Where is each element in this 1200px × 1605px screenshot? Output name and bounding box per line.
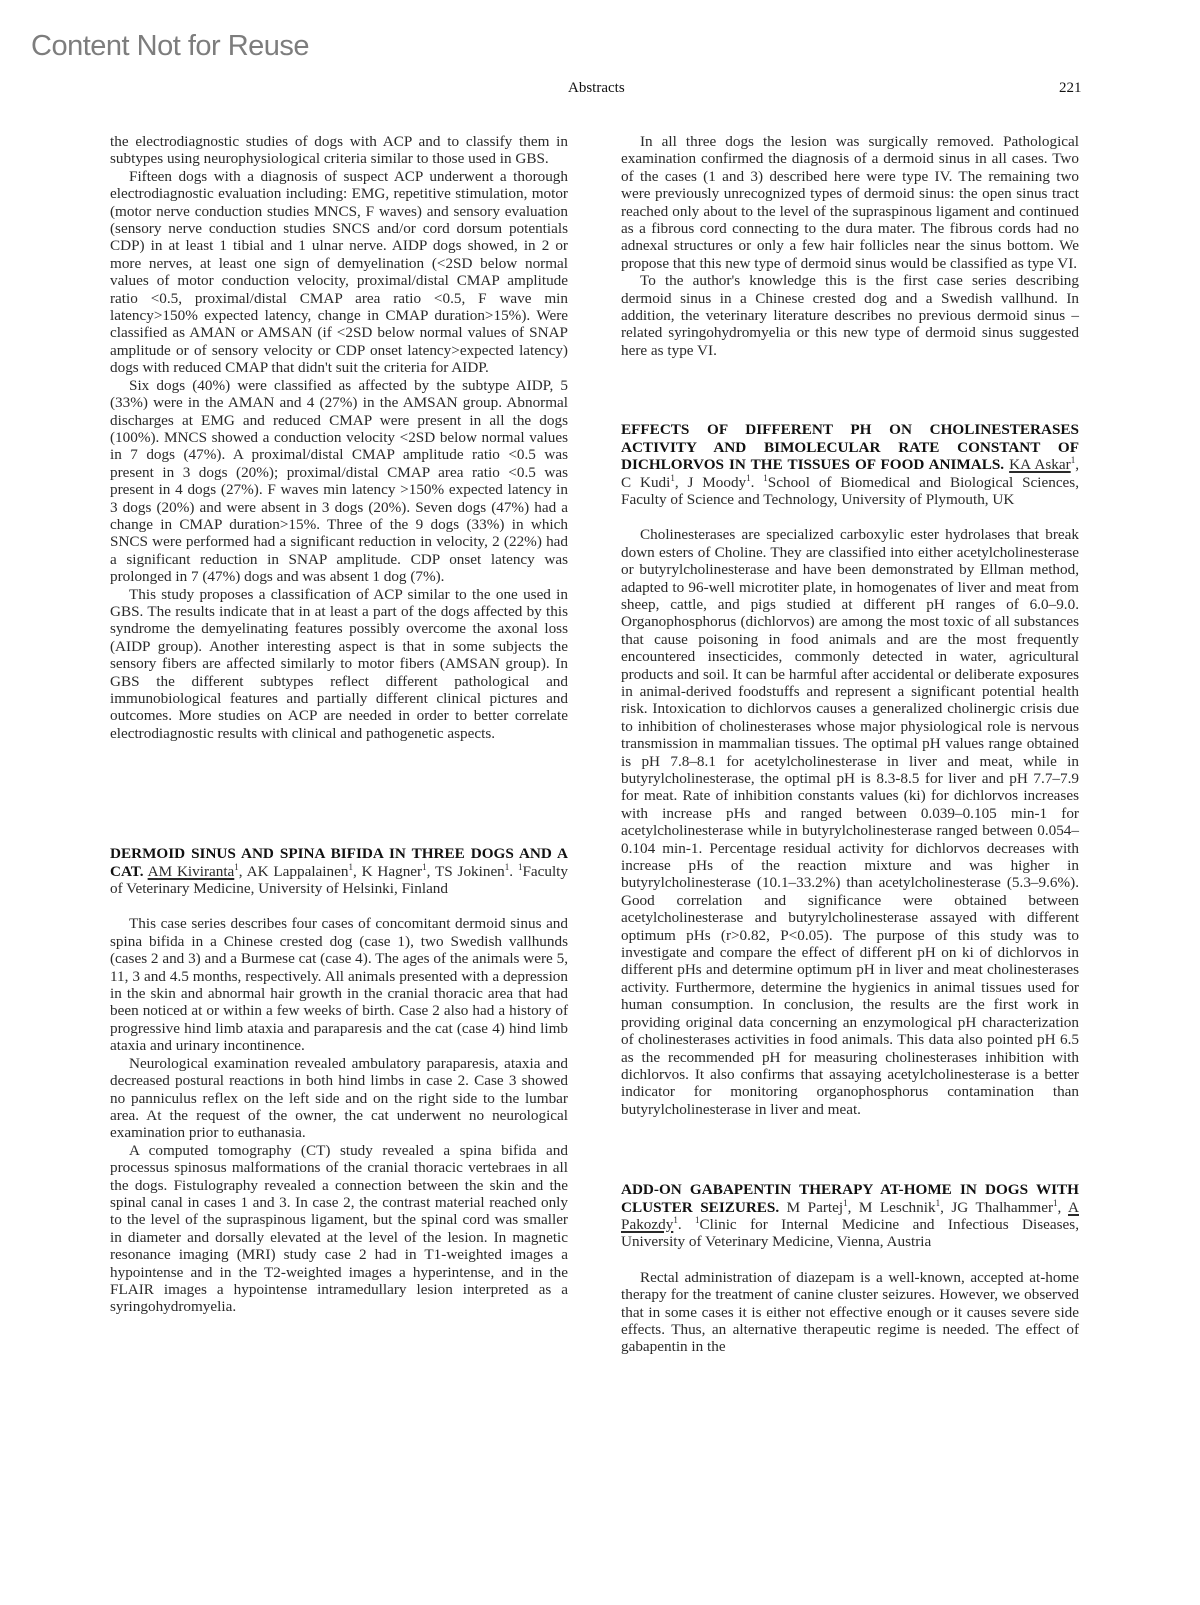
- body-paragraph: the electrodiagnostic studies of dogs wi…: [110, 133, 568, 168]
- author: , TS Jokinen: [427, 863, 505, 880]
- abstract-heading-ph: EFFECTS OF DIFFERENT PH ON CHOLINESTERAS…: [621, 421, 1079, 508]
- page-number: 221: [1059, 80, 1082, 97]
- presenting-author: KA Askar: [1009, 456, 1071, 473]
- running-head-title: Abstracts: [568, 80, 625, 97]
- body-paragraph: This study proposes a classification of …: [110, 586, 568, 743]
- affiliation: Clinic for Internal Medicine and Infecti…: [621, 1216, 1079, 1250]
- body-paragraph: Rectal administration of diazepam is a w…: [621, 1269, 1079, 1356]
- section-spacer: [110, 742, 568, 845]
- body-paragraph: To the author's knowledge this is the fi…: [621, 272, 1079, 359]
- section-spacer: [621, 1251, 1079, 1269]
- body-paragraph: This case series describes four cases of…: [110, 915, 568, 1054]
- abstract-heading-gabapentin: ADD-ON GABAPENTIN THERAPY AT-HOME IN DOG…: [621, 1181, 1079, 1251]
- watermark: Content Not for Reuse: [31, 30, 309, 63]
- author: , K Hagner: [353, 863, 422, 880]
- affiliation-marker: 1: [673, 1215, 678, 1225]
- affiliation-marker: 1: [505, 862, 510, 872]
- author: , AK Lappalainen: [239, 863, 349, 880]
- author: M Partej: [779, 1199, 843, 1216]
- body-paragraph: A computed tomography (CT) study reveale…: [110, 1142, 568, 1316]
- body-paragraph: In all three dogs the lesion was surgica…: [621, 133, 1079, 272]
- author-separator: ,: [1058, 1199, 1068, 1216]
- section-spacer: [621, 508, 1079, 526]
- body-paragraph: Cholinesterases are specialized carboxyl…: [621, 526, 1079, 1118]
- section-spacer: [621, 1118, 1079, 1181]
- body-paragraph: Fifteen dogs with a diagnosis of suspect…: [110, 168, 568, 377]
- section-spacer: [110, 897, 568, 915]
- section-spacer: [621, 359, 1079, 421]
- right-column: In all three dogs the lesion was surgica…: [621, 133, 1079, 1356]
- author: , J Moody: [675, 474, 746, 491]
- affiliation-marker: 1: [746, 472, 751, 482]
- presenting-author: AM Kiviranta: [148, 863, 235, 880]
- body-paragraph: Six dogs (40%) were classified as affect…: [110, 377, 568, 586]
- body-paragraph: Neurological examination revealed ambula…: [110, 1055, 568, 1142]
- abstract-heading-dermoid: DERMOID SINUS AND SPINA BIFIDA IN THREE …: [110, 845, 568, 897]
- left-column: the electrodiagnostic studies of dogs wi…: [110, 133, 568, 1316]
- author: , M Leschnik: [848, 1199, 936, 1216]
- author: , JG Thalhammer: [940, 1199, 1053, 1216]
